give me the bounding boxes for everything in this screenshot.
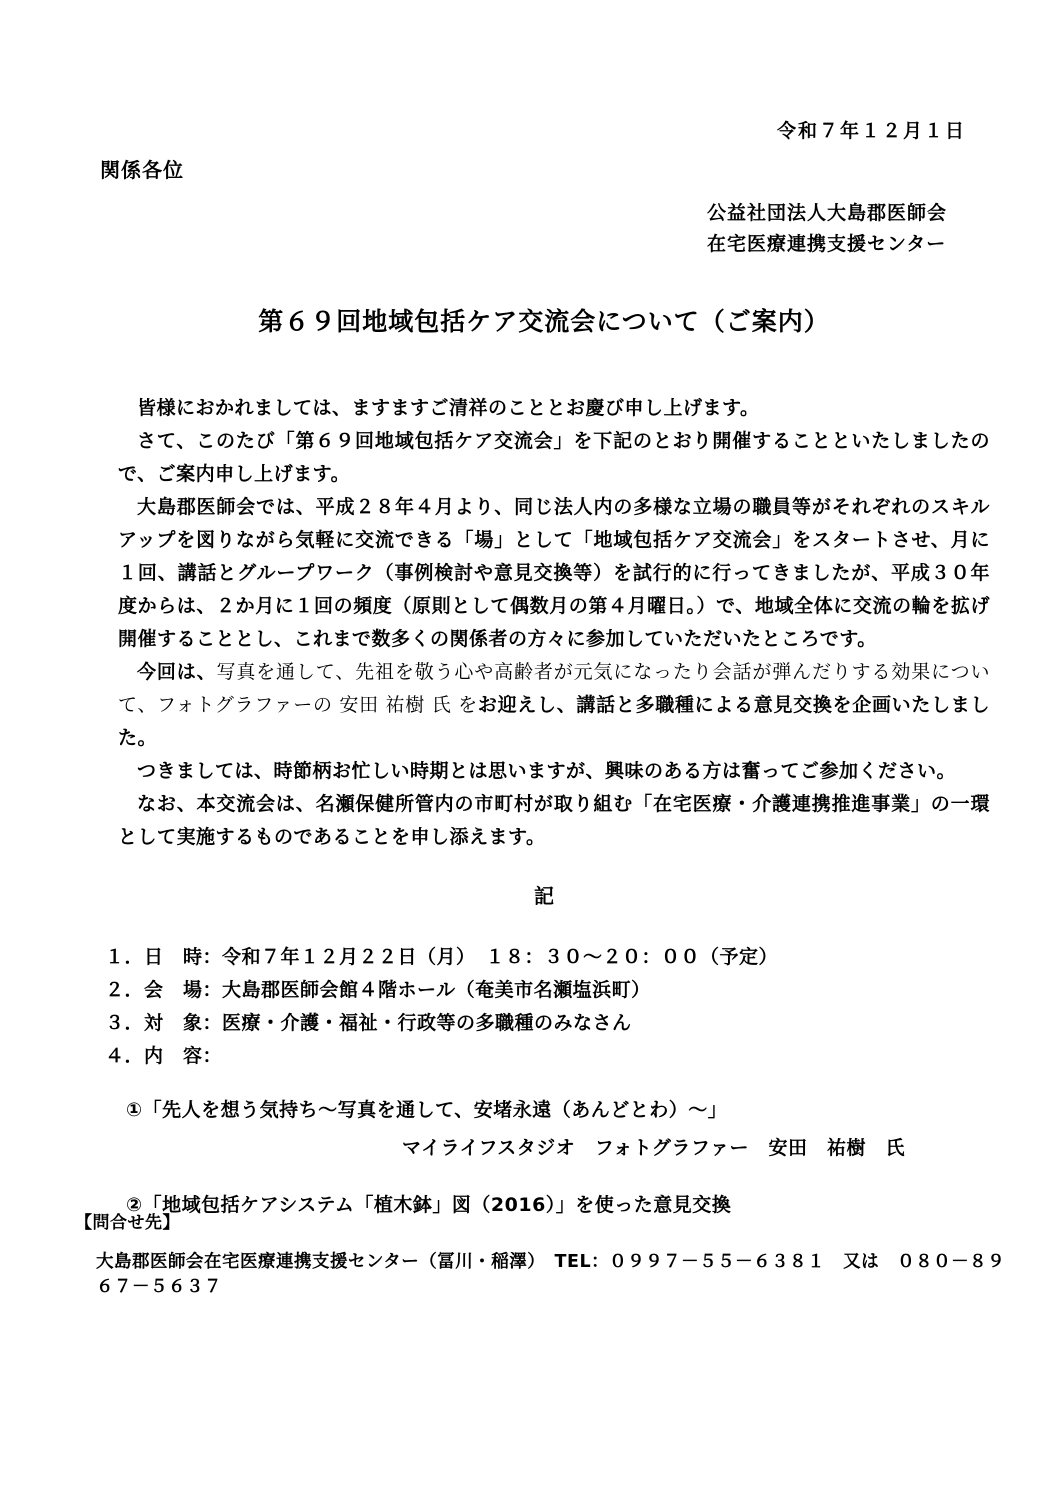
paragraph-note: なお、本交流会は、名瀬保健所管内の市町村が取り組む「在宅医療・介護連携推進事業」… [118,788,990,854]
paragraph-this-time-lead: 今回は、 [137,661,216,683]
footer: 【問合せ先】 大島郡医師会在宅医療連携支援センター（冨川・稲澤） TEL：０９９… [75,1208,1015,1298]
sub-item-lecture: ①「先人を想う気持ち〜写真を通して、安堵永遠（あんどとわ）〜」 [126,1095,988,1122]
document-title: 第６９回地域包括ケア交流会について（ご案内） [100,302,988,338]
paragraph-invitation: つきましては、時節柄お忙しい時期とは思いますが、興味のある方は奮ってご参加くださ… [118,755,990,788]
paragraph-this-time: 今回は、写真を通して、先祖を敬う心や高齢者が元気になったり会話が弾んだりする効果… [118,656,990,755]
detail-item-contents: ４．内 容： [105,1040,988,1073]
record-mark: 記 [100,880,988,909]
document-date: 令和７年１２月１日 [100,116,988,143]
sender-org-name: 公益社団法人大島郡医師会 [707,198,988,229]
paragraph-history: 大島郡医師会では、平成２８年４月より、同じ法人内の多様な立場の職員等がそれぞれの… [118,491,990,656]
detail-item-venue: ２．会 場：大島郡医師会館４階ホール（奄美市名瀬塩浜町） [105,974,988,1007]
paragraph-announcement: さて、このたび「第６９回地域包括ケア交流会」を下記のとおり開催することといたしま… [118,425,990,491]
salutation: 関係各位 [100,154,988,183]
paragraph-greeting: 皆様におかれましては、ますますご清祥のこととお慶び申し上げます。 [118,392,990,425]
contact-line: 大島郡医師会在宅医療連携支援センター（冨川・稲澤） TEL：０９９７－５５－６３… [96,1248,1015,1298]
details-list: １．日 時：令和７年１２月２２日（月） １８：３０〜２０：００（予定） ２．会 … [105,941,988,1073]
sender-center-name: 在宅医療連携支援センター [707,229,988,260]
inquiry-heading: 【問合せ先】 [75,1208,1015,1233]
detail-item-audience: ３．対 象：医療・介護・福祉・行政等の多職種のみなさん [105,1007,988,1040]
document-page: 令和７年１２月１日 関係各位 公益社団法人大島郡医師会 在宅医療連携支援センター… [0,0,1058,1497]
sender-block: 公益社団法人大島郡医師会 在宅医療連携支援センター [707,198,988,260]
contents-sub-items: ①「先人を想う気持ち〜写真を通して、安堵永遠（あんどとわ）〜」 マイライフスタジ… [126,1095,988,1217]
detail-item-datetime: １．日 時：令和７年１２月２２日（月） １８：３０〜２０：００（予定） [105,941,988,974]
speaker-line: マイライフスタジオ フォトグラファー 安田 祐樹 氏 [402,1133,988,1160]
body-text: 皆様におかれましては、ますますご清祥のこととお慶び申し上げます。 さて、このたび… [118,392,990,854]
